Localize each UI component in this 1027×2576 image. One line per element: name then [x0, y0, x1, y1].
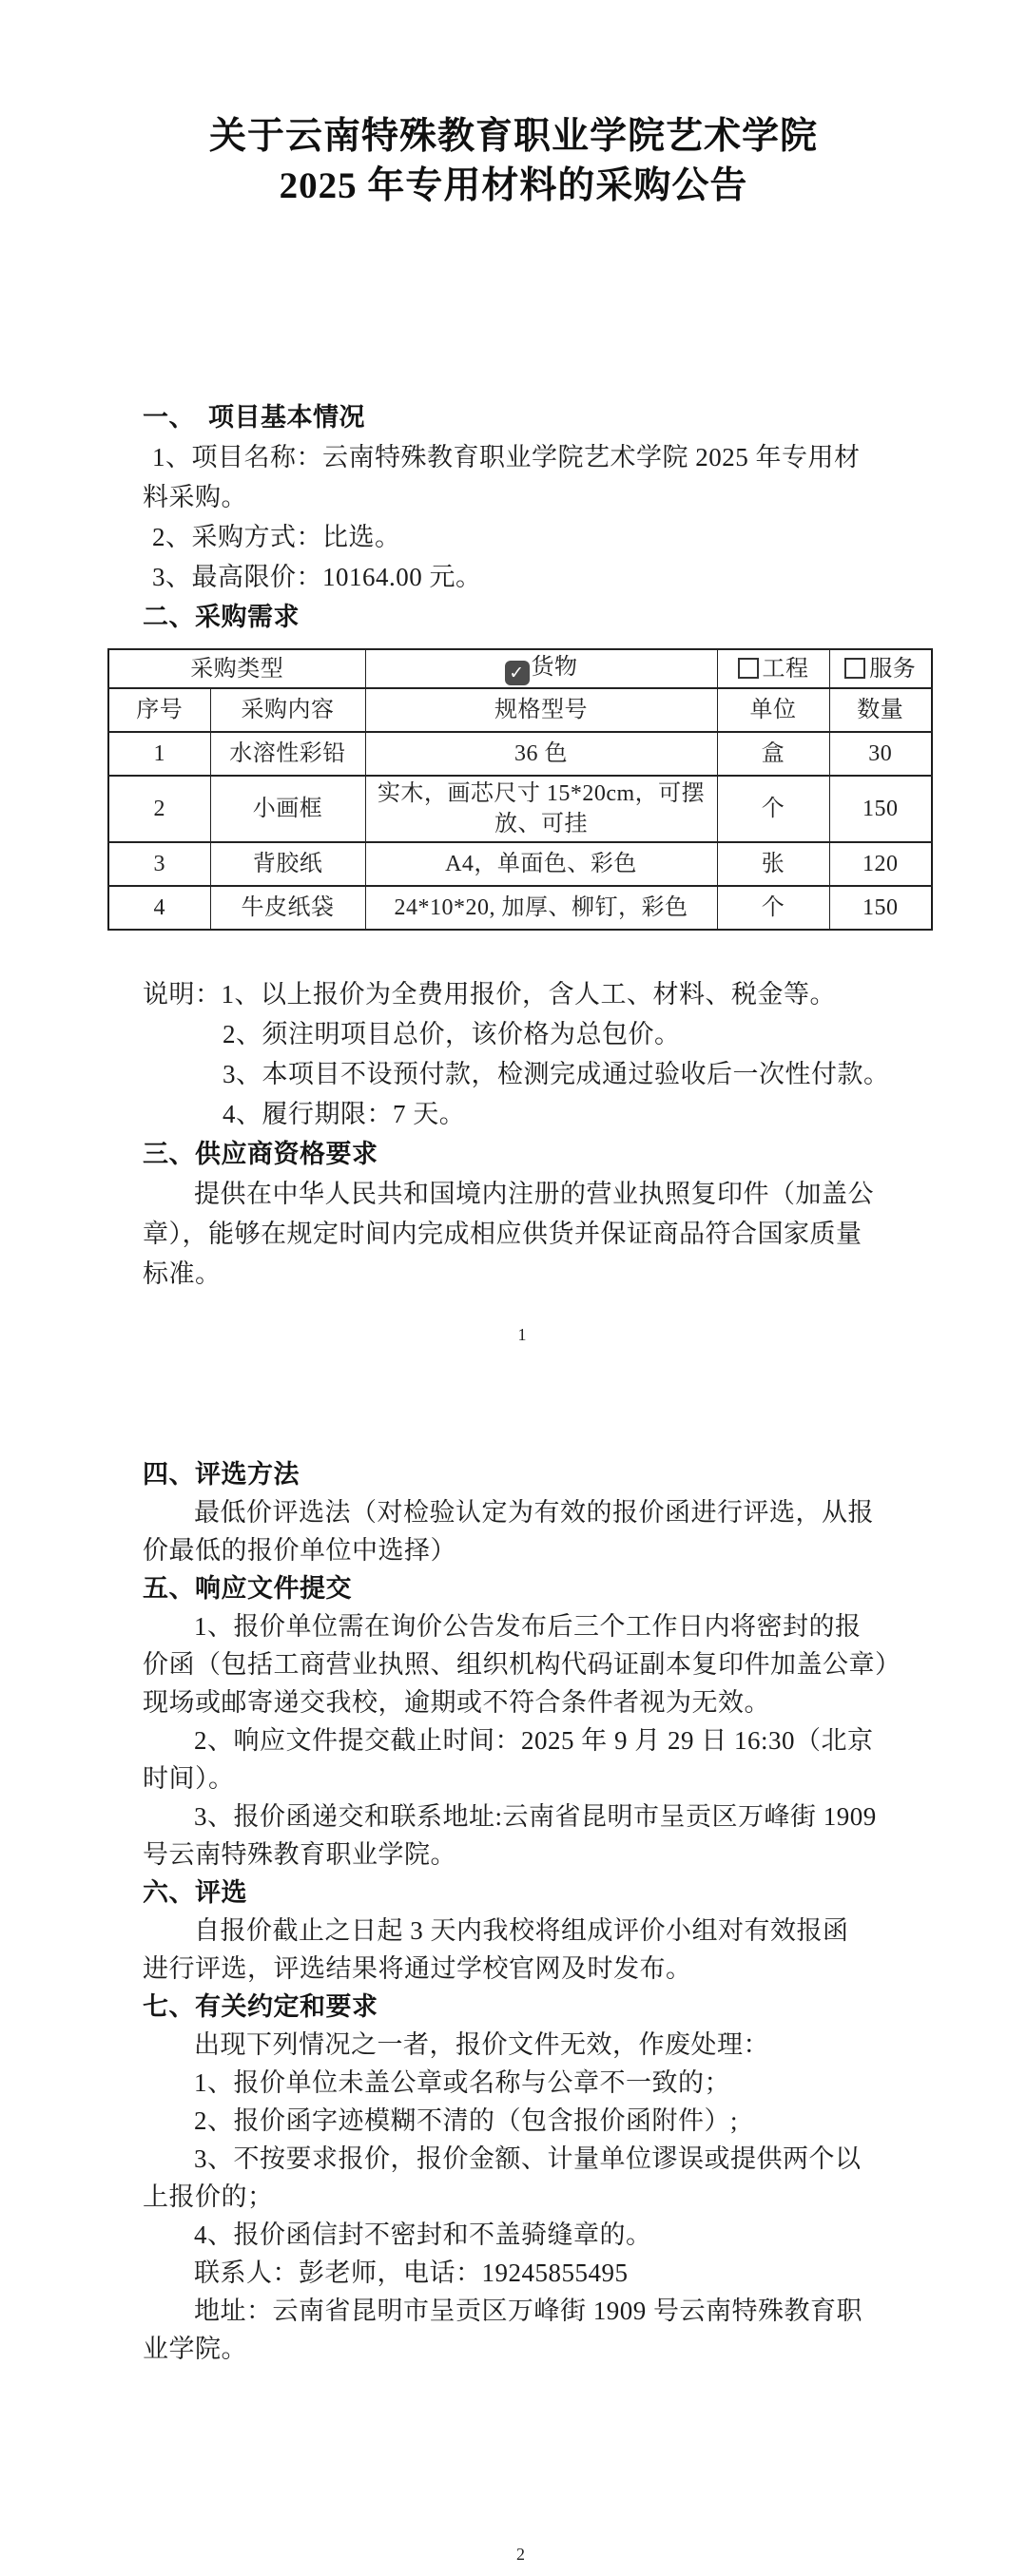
table-cell: 个	[717, 886, 829, 930]
doc-line: 3、报价函递交和联系地址:云南省昆明市呈贡区万峰街 1909	[143, 1797, 901, 1836]
doc-line: 地址：云南省昆明市呈贡区万峰街 1909 号云南特殊教育职	[143, 2292, 901, 2330]
document-page: 关于云南特殊教育职业学院艺术学院 2025 年专用材料的采购公告 一、 项目基本…	[0, 0, 1027, 2576]
section-heading: 四、评选方法	[143, 1455, 901, 1493]
doc-line: 进行评选，评选结果将通过学校官网及时发布。	[143, 1950, 901, 1988]
table-column-header: 采购内容	[210, 688, 365, 732]
table-cell: 36 色	[365, 732, 717, 776]
purchase-type-option: 工程	[717, 649, 829, 688]
purchase-type-option-label: 货物	[532, 655, 578, 680]
table-row: 2小画框实木，画芯尺寸 15*20cm，可摆放、可挂个150	[108, 776, 932, 842]
table-cell: 30	[829, 732, 932, 776]
doc-line: 联系人：彭老师，电话：19245855495	[143, 2254, 901, 2292]
table-cell: A4，单面色、彩色	[365, 842, 717, 886]
document-body: 一、 项目基本情况1、项目名称：云南特殊教育职业学院艺术学院 2025 年专用材…	[143, 397, 901, 2368]
table-cell: 1	[108, 732, 210, 776]
doc-line: 1、项目名称：云南特殊教育职业学院艺术学院 2025 年专用材	[143, 437, 901, 477]
doc-line: 2、响应文件提交截止时间：2025 年 9 月 29 日 16:30（北京	[143, 1721, 901, 1759]
doc-line: 说明：1、以上报价为全费用报价，含人工、材料、税金等。	[143, 974, 901, 1014]
doc-line: 2、报价函字迹模糊不清的（包含报价函附件）;	[143, 2102, 901, 2140]
table-column-header: 数量	[829, 688, 932, 732]
table-cell: 24*10*20, 加厚、柳钉，彩色	[365, 886, 717, 930]
table-column-header: 序号	[108, 688, 210, 732]
doc-line: 时间）。	[143, 1759, 901, 1797]
doc-line: 章），能够在规定时间内完成相应供货并保证商品符合国家质量	[143, 1214, 901, 1254]
doc-line: 料采购。	[143, 477, 901, 517]
page-number-2: 2	[143, 2546, 899, 2563]
doc-line: 出现下列情况之一者，报价文件无效，作废处理：	[143, 2026, 901, 2064]
doc-line: 4、履行期限：7 天。	[143, 1094, 901, 1134]
section-heading: 二、采购需求	[143, 597, 901, 637]
doc-line: 价最低的报价单位中选择）	[143, 1531, 901, 1569]
doc-line: 3、本项目不设预付款，检测完成通过验收后一次性付款。	[143, 1054, 901, 1094]
doc-line: 2、须注明项目总价，该价格为总包价。	[143, 1014, 901, 1054]
document-title: 关于云南特殊教育职业学院艺术学院 2025 年专用材料的采购公告	[0, 112, 1027, 211]
title-line-2: 2025 年专用材料的采购公告	[0, 162, 1027, 211]
doc-line: 业学院。	[143, 2330, 901, 2368]
doc-line: 号云南特殊教育职业学院。	[143, 1836, 901, 1874]
section-heading: 五、响应文件提交	[143, 1569, 901, 1607]
doc-line: 自报价截止之日起 3 天内我校将组成评价小组对有效报函	[143, 1912, 901, 1950]
section-notes-and-qualifications: 说明：1、以上报价为全费用报价，含人工、材料、税金等。2、须注明项目总价，该价格…	[143, 974, 901, 1294]
section-evaluation-and-submission: 四、评选方法最低价评选法（对检验认定为有效的报价函进行评选，从报价最低的报价单位…	[143, 1455, 901, 2368]
table-cell: 实木，画芯尺寸 15*20cm，可摆放、可挂	[365, 776, 717, 842]
section-heading: 七、有关约定和要求	[143, 1988, 901, 2026]
section-heading: 一、 项目基本情况	[143, 397, 901, 437]
doc-line: 4、报价函信封不密封和不盖骑缝章的。	[143, 2216, 901, 2254]
section-basic-info: 一、 项目基本情况1、项目名称：云南特殊教育职业学院艺术学院 2025 年专用材…	[143, 397, 901, 637]
table-cell: 2	[108, 776, 210, 842]
page-number-1: 1	[518, 1326, 527, 1343]
table-purchase-type-label: 采购类型	[108, 649, 365, 688]
purchase-type-option-label: 服务	[869, 657, 916, 682]
table-cell: 150	[829, 886, 932, 930]
doc-line: 3、不按要求报价，报价金额、计量单位谬误或提供两个以	[143, 2140, 901, 2178]
checkbox-empty-icon	[844, 658, 865, 679]
doc-line: 1、报价单位未盖公章或名称与公章不一致的；	[143, 2064, 901, 2102]
table-cell: 150	[829, 776, 932, 842]
table-cell: 3	[108, 842, 210, 886]
doc-line: 最低价评选法（对检验认定为有效的报价函进行评选，从报	[143, 1493, 901, 1531]
purchase-type-option: ✓货物	[365, 649, 717, 688]
table-cell: 背胶纸	[210, 842, 365, 886]
doc-line: 2、采购方式：比选。	[143, 517, 901, 557]
doc-line: 价函（包括工商营业执照、组织机构代码证副本复印件加盖公章）	[143, 1645, 901, 1683]
section-heading: 三、供应商资格要求	[143, 1134, 901, 1174]
doc-line: 现场或邮寄递交我校，逾期或不符合条件者视为无效。	[143, 1683, 901, 1721]
table-cell: 小画框	[210, 776, 365, 842]
table-cell: 盒	[717, 732, 829, 776]
table-column-header: 单位	[717, 688, 829, 732]
doc-line: 提供在中华人民共和国境内注册的营业执照复印件（加盖公	[143, 1174, 901, 1214]
table-cell: 120	[829, 842, 932, 886]
checkbox-checked-icon: ✓	[505, 661, 530, 685]
table-row: 4牛皮纸袋24*10*20, 加厚、柳钉，彩色个150	[108, 886, 932, 930]
doc-line: 3、最高限价：10164.00 元。	[143, 557, 901, 597]
table-cell: 个	[717, 776, 829, 842]
purchase-type-option: 服务	[829, 649, 932, 688]
doc-line: 上报价的；	[143, 2178, 901, 2216]
table-row: 3背胶纸A4，单面色、彩色张120	[108, 842, 932, 886]
checkbox-empty-icon	[738, 658, 759, 679]
page-break-gap: 1	[143, 1294, 901, 1455]
table-column-header: 规格型号	[365, 688, 717, 732]
table-cell: 水溶性彩铅	[210, 732, 365, 776]
table-row: 1水溶性彩铅36 色盒30	[108, 732, 932, 776]
title-line-1: 关于云南特殊教育职业学院艺术学院	[0, 112, 1027, 162]
procurement-requirements-table: 采购类型✓货物工程服务序号采购内容规格型号单位数量1水溶性彩铅36 色盒302小…	[107, 648, 933, 931]
doc-line: 1、报价单位需在询价公告发布后三个工作日内将密封的报	[143, 1607, 901, 1645]
purchase-type-option-label: 工程	[763, 657, 809, 682]
table-cell: 4	[108, 886, 210, 930]
section-heading: 六、评选	[143, 1874, 901, 1912]
doc-line: 标准。	[143, 1254, 901, 1294]
table-cell: 牛皮纸袋	[210, 886, 365, 930]
table-cell: 张	[717, 842, 829, 886]
